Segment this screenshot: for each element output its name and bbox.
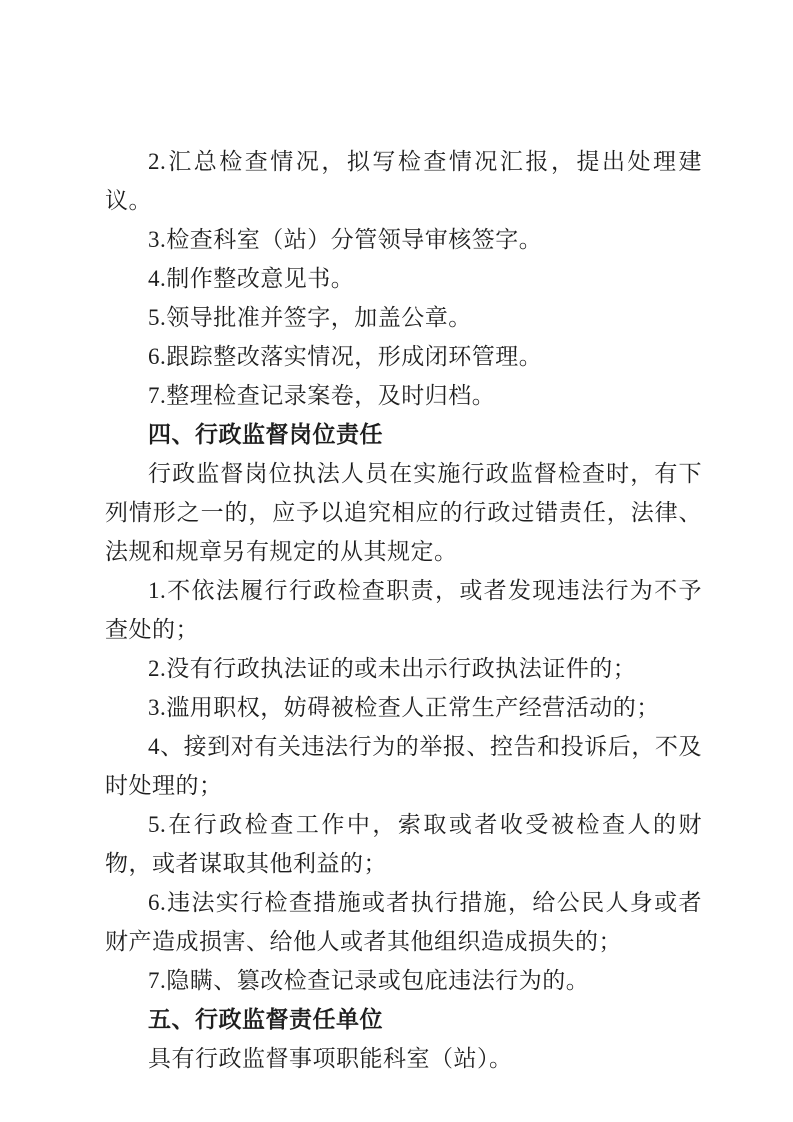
paragraph: 3.滥用职权，妨碍被检查人正常生产经营活动的； [105,688,702,727]
paragraph: 行政监督岗位执法人员在实施行政监督检查时，有下列情形之一的，应予以追究相应的行政… [105,454,702,571]
paragraph: 6.违法实行检查措施或者执行措施，给公民人身或者财产造成损害、给他人或者其他组织… [105,883,702,961]
paragraph: 6.跟踪整改落实情况，形成闭环管理。 [105,337,702,376]
paragraph: 7.隐瞒、篡改检查记录或包庇违法行为的。 [105,961,702,1000]
paragraph: 3.检查科室（站）分管领导审核签字。 [105,220,702,259]
section-heading: 四、行政监督岗位责任 [105,415,702,454]
paragraph: 4、接到对有关违法行为的举报、控告和投诉后，不及时处理的； [105,727,702,805]
document-body: 2.汇总检查情况，拟写检查情况汇报，提出处理建议。3.检查科室（站）分管领导审核… [105,142,702,1078]
paragraph: 7.整理检查记录案卷，及时归档。 [105,376,702,415]
paragraph: 4.制作整改意见书。 [105,259,702,298]
paragraph: 具有行政监督事项职能科室（站）。 [105,1039,702,1078]
paragraph: 1.不依法履行行政检查职责，或者发现违法行为不予查处的； [105,571,702,649]
paragraph: 2.汇总检查情况，拟写检查情况汇报，提出处理建议。 [105,142,702,220]
paragraph: 5.在行政检查工作中，索取或者收受被检查人的财物，或者谋取其他利益的； [105,805,702,883]
section-heading: 五、行政监督责任单位 [105,1000,702,1039]
paragraph: 2.没有行政执法证的或未出示行政执法证件的； [105,649,702,688]
paragraph: 5.领导批准并签字，加盖公章。 [105,298,702,337]
document-page: 2.汇总检查情况，拟写检查情况汇报，提出处理建议。3.检查科室（站）分管领导审核… [0,0,793,1122]
